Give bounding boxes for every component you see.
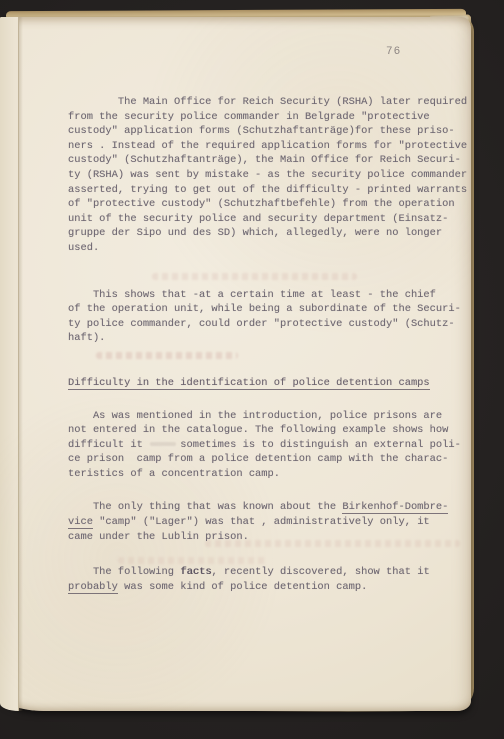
text-line: of "protective custody" (Schutzhaftbefeh… (68, 197, 472, 212)
text-line: ce prison camp from a police detention c… (68, 452, 472, 467)
text-line: ty police commander, could order "protec… (68, 317, 472, 332)
section-heading: Difficulty in the identification of poli… (68, 376, 472, 391)
text-segment: custody" application forms (Schutzhaftan… (68, 125, 455, 137)
text-line: asserted, trying to get out of the diffi… (68, 183, 472, 198)
typewritten-paragraph: The following facts, recently discovered… (68, 565, 472, 594)
typewritten-paragraph: The Main Office for Reich Security (RSHA… (68, 95, 472, 256)
text-line: came under the Lublin prison. (68, 530, 472, 545)
text-segment: , recently discovered, show that it (211, 566, 429, 578)
text-line: vice "camp" ("Lager") was that , adminis… (68, 515, 472, 530)
text-line: unit of the security police and security… (68, 212, 472, 227)
page-gutter-shading (0, 17, 19, 711)
text-segment: of the operation unit, while being a sub… (68, 303, 461, 315)
text-segment: of "protective custody" (Schutzhaftbefeh… (68, 198, 455, 210)
text-segment: difficult it sometimes is to distinguish… (68, 439, 461, 451)
text-line: gruppe der Sipo und des SD) which, alleg… (68, 226, 472, 241)
binding-crease (19, 17, 23, 711)
text-line: used. (68, 241, 472, 256)
typewritten-paragraph: This shows that -at a certain time at le… (68, 288, 472, 346)
text-line: The only thing that was known about the … (68, 500, 472, 515)
text-segment: teristics of a concentration camp. (68, 468, 280, 480)
text-segment: haft). (68, 332, 105, 344)
text-line: from the security police commander in Be… (68, 110, 472, 125)
text-segment: ce prison camp from a police detention c… (68, 453, 448, 465)
text-line: Difficulty in the identification of poli… (68, 376, 472, 391)
typewritten-text-block: The Main Office for Reich Security (RSHA… (68, 95, 472, 598)
text-segment: from the security police commander in Be… (68, 111, 430, 123)
underlined-text: probably (68, 581, 118, 594)
underlined-text: Birkenhof-Dombre- (342, 501, 448, 514)
text-line: not entered in the catalogue. The follow… (68, 423, 472, 438)
text-line: custody" application forms (Schutzhaftan… (68, 124, 472, 139)
text-line: ners . Instead of the required applicati… (68, 139, 472, 154)
text-line: teristics of a concentration camp. (68, 467, 472, 482)
text-line: This shows that -at a certain time at le… (68, 288, 472, 303)
typewritten-paragraph: The only thing that was known about the … (68, 500, 472, 544)
text-segment: used. (68, 242, 99, 254)
text-segment: The following (68, 566, 180, 578)
text-line: of the operation unit, while being a sub… (68, 302, 472, 317)
text-line: The Main Office for Reich Security (RSHA… (68, 95, 472, 110)
text-line: haft). (68, 331, 472, 346)
text-segment: came under the Lublin prison. (68, 531, 249, 543)
scanned-book-photo: 76 The Main Office for Reich Security (R… (0, 0, 504, 739)
page-number: 76 (386, 46, 401, 58)
text-segment: asserted, trying to get out of the diffi… (68, 184, 467, 196)
underlined-text: Difficulty in the identification of poli… (68, 377, 430, 390)
text-segment: ty (RSHA) was sent by mistake - as the s… (68, 169, 467, 181)
text-segment: facts (180, 566, 211, 578)
text-segment: ners . Instead of the required applicati… (68, 140, 467, 152)
underlined-text: vice (68, 516, 93, 529)
text-segment: ty police commander, could order "protec… (68, 318, 455, 330)
text-line: As was mentioned in the introduction, po… (68, 409, 472, 424)
text-line: probably was some kind of police detenti… (68, 580, 472, 595)
text-line: ty (RSHA) was sent by mistake - as the s… (68, 168, 472, 183)
text-segment: "camp" ("Lager") was that , administrati… (93, 516, 430, 528)
text-segment: The only thing that was known about the (68, 501, 342, 513)
text-segment: custody" (Schutzhaftanträge), the Main O… (68, 154, 461, 166)
text-line: difficult it sometimes is to distinguish… (68, 438, 472, 453)
text-segment: This shows that -at a certain time at le… (68, 289, 436, 301)
text-segment: As was mentioned in the introduction, po… (68, 410, 442, 422)
text-line: The following facts, recently discovered… (68, 565, 472, 580)
text-segment: gruppe der Sipo und des SD) which, alleg… (68, 227, 442, 239)
text-line: custody" (Schutzhaftanträge), the Main O… (68, 153, 472, 168)
text-segment: The Main Office for Reich Security (RSHA… (68, 96, 467, 108)
typewritten-paragraph: As was mentioned in the introduction, po… (68, 409, 472, 482)
text-segment: not entered in the catalogue. The follow… (68, 424, 448, 436)
text-segment: was some kind of police detention camp. (118, 581, 367, 593)
text-segment: unit of the security police and security… (68, 213, 448, 225)
